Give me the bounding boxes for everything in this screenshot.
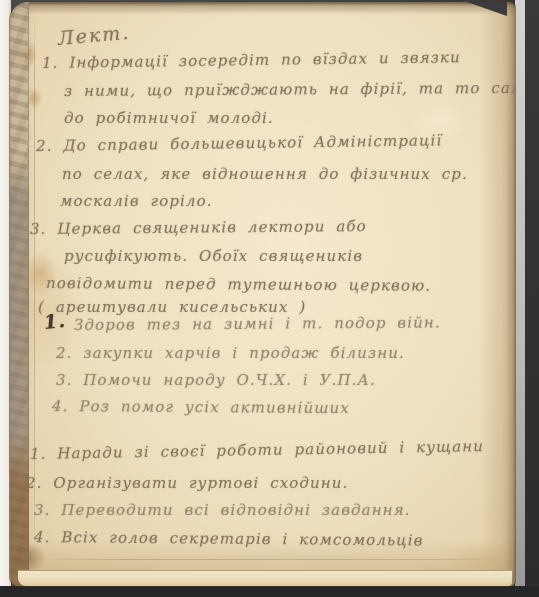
handwritten-line: повідомити перед тутешньою церквою. <box>46 274 431 295</box>
handwritten-line: 4. Всіх голов секретарів і комсомольців <box>34 528 424 549</box>
binding-edge <box>10 2 29 586</box>
handwritten-line: 3. Помочи народу О.Ч.Х. і У.П.А. <box>56 371 376 389</box>
scan-bottom-shadow <box>0 586 539 597</box>
handwritten-line: 1. Інформації зосередіт по вїздах и звяз… <box>42 48 461 72</box>
underlying-pages <box>18 570 512 586</box>
scanned-notebook-photo: Лект. 1. Інформації зосередіт по вїздах … <box>0 0 539 597</box>
handwritten-line: русифікують. Обоїх священиків <box>64 247 363 265</box>
handwritten-line: 2. закупки харчів і продаж білизни. <box>56 344 405 362</box>
handwritten-line: москалів горіло. <box>60 192 213 210</box>
bold-item-number: 1. <box>43 310 67 334</box>
handwritten-line: до робітничої молоді. <box>64 109 274 127</box>
handwritten-line: 2. Організувати гуртові сходини. <box>26 474 348 492</box>
notebook-page: Лект. 1. Інформації зосередіт по вїздах … <box>10 2 515 586</box>
torn-corner <box>467 2 507 16</box>
handwritten-line: по селах, яке відношення до фізичних ср. <box>62 165 468 183</box>
handwritten-line: ( арештували кисельських ) <box>38 298 306 316</box>
handwritten-line: 4. Роз помог усіх активнійших <box>52 397 350 417</box>
handwritten-line: 2. До справи большевицької Адміністрації <box>36 131 443 155</box>
handwritten-line: 3. Переводити всі відповідні завдання. <box>34 501 411 519</box>
handwritten-line: Здоров тез на зимні і т. подор війн. <box>74 313 441 334</box>
handwritten-line: 3. Церква священиків лектори або <box>30 217 367 238</box>
bottom-crease <box>30 559 500 560</box>
page-title: Лект. <box>57 22 131 50</box>
handwritten-line: 1. Наради зі своєї роботи районовий і ку… <box>30 437 484 463</box>
scan-dark-background <box>523 0 539 597</box>
handwritten-line: з ними, що приїжджають на фірії, та то с… <box>64 79 515 100</box>
page-edge-highlight <box>515 0 525 590</box>
